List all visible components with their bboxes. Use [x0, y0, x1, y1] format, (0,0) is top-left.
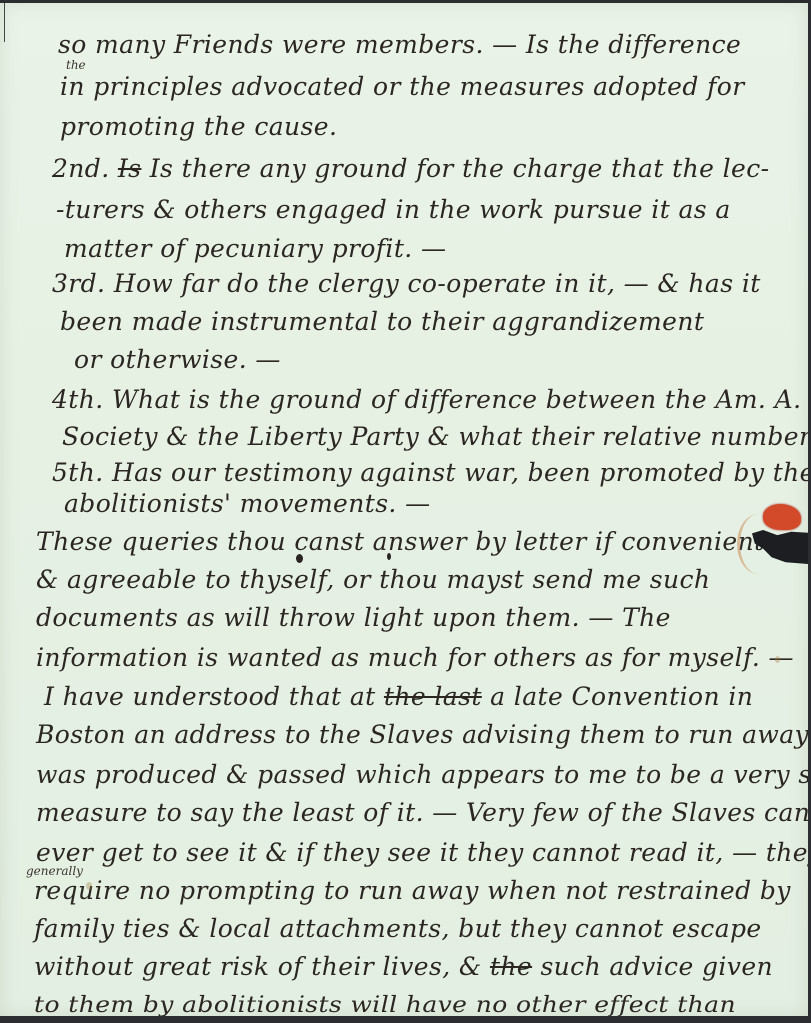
manuscript-line: documents as will throw light upon them.… — [36, 603, 671, 632]
manuscript-line: in principles advocated or the measures … — [60, 72, 745, 101]
manuscript-line: I have understood that at the last a lat… — [44, 682, 753, 711]
manuscript-line: was produced & passed which appears to m… — [36, 760, 811, 789]
line-text: Is there any ground for the charge that … — [141, 154, 769, 183]
insertion-above: the — [66, 58, 86, 72]
manuscript-line: so many Friends were members. — Is the d… — [58, 30, 741, 59]
margin-mark — [4, 2, 5, 42]
struck-text: the — [490, 952, 532, 981]
manuscript-line: abolitionists' movements. — — [64, 489, 431, 518]
manuscript-line: 2nd. Is Is there any ground for the char… — [52, 154, 769, 183]
stain — [775, 656, 780, 663]
line-text: without great risk of their lives, & — [34, 952, 490, 981]
struck-text: Is — [118, 154, 142, 183]
line-text: 2nd. — [52, 154, 118, 183]
manuscript-line: These queries thou canst answer by lette… — [36, 527, 765, 556]
ink-blot — [296, 554, 303, 563]
stain — [86, 882, 92, 890]
line-text: I have understood that at — [44, 682, 384, 711]
manuscript-line: require no prompting to run away when no… — [34, 876, 791, 905]
manuscript-line: to them by abolitionists will have no ot… — [34, 991, 736, 1017]
manuscript-line: Society & the Liberty Party & what their… — [62, 422, 811, 451]
manuscript-line: & agreeable to thyself, or thou mayst se… — [36, 565, 710, 594]
manuscript-line: Boston an address to the Slaves advising… — [36, 720, 809, 749]
line-text: such advice given — [532, 952, 773, 981]
manuscript-line: 4th. What is the ground of difference be… — [52, 385, 811, 414]
manuscript-line: been made instrumental to their aggrandi… — [60, 307, 704, 336]
struck-text: the last — [384, 682, 482, 711]
manuscript-line: without great risk of their lives, & the… — [34, 952, 773, 981]
page-bottom-edge — [0, 1016, 811, 1023]
manuscript-line: or otherwise. — — [74, 345, 281, 374]
wax-seal — [763, 504, 801, 530]
manuscript-page: so many Friends were members. — Is the d… — [0, 2, 808, 1017]
manuscript-line: promoting the cause. — [60, 112, 337, 141]
page-top-edge — [0, 0, 811, 3]
manuscript-line: 5th. Has our testimony against war, been… — [52, 458, 811, 487]
manuscript-line: matter of pecuniary profit. — — [64, 234, 446, 263]
manuscript-line: ever get to see it & if they see it they… — [36, 838, 811, 867]
manuscript-line: -turers & others engaged in the work pur… — [56, 195, 731, 224]
manuscript-line: family ties & local attachments, but the… — [34, 914, 762, 943]
manuscript-line: measure to say the least of it. — Very f… — [36, 798, 810, 827]
manuscript-line: 3rd. How far do the clergy co-operate in… — [52, 269, 761, 298]
manuscript-line: information is wanted as much for others… — [36, 643, 794, 672]
line-text: a late Convention in — [482, 682, 753, 711]
ink-blot — [387, 553, 391, 560]
